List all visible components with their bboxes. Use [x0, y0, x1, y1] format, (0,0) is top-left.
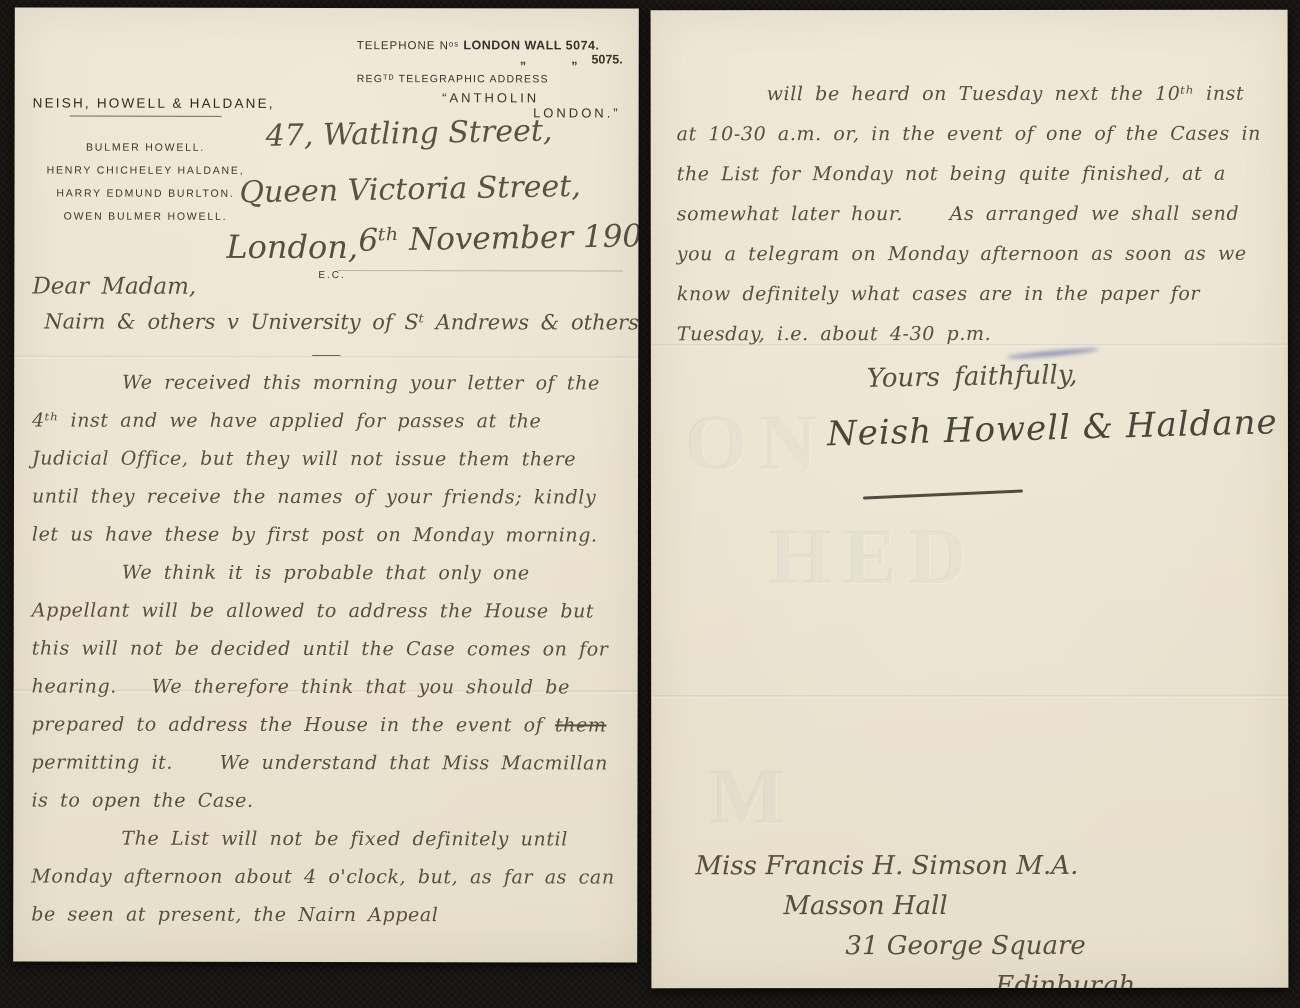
insertion-caret-icon: ^ [600, 722, 639, 760]
recipient-block: Miss Francis H. Simson M.A. Masson Hall … [695, 846, 1135, 988]
paragraph-3: The List will not be fixed definitely un… [31, 819, 627, 934]
district-label: E.C. [318, 270, 345, 281]
firm-name-underline [70, 116, 222, 117]
paragraph-2: We think it is probable that only one Ap… [31, 553, 627, 820]
recipient-line: Miss Francis H. Simson M.A. [695, 846, 1135, 886]
recipient-line: 31 George Square [695, 926, 1135, 966]
telephone-number-2: „ „ 5075. [357, 52, 625, 66]
date-row: London, E.C. 6ᵗʰ November 1908 [226, 228, 622, 277]
date-dotted-line [338, 270, 622, 271]
letter-body-page-1: We received this morning your letter of … [31, 363, 628, 934]
closing: Yours faithfully, [867, 360, 1078, 394]
street-address-line-2: Queen Victoria Street, [221, 159, 600, 222]
street-address-line-1: 47, Watling Street, [220, 103, 599, 166]
city-label: London, [226, 228, 358, 266]
letter-page-1: TELEPHONE Nᵒˢ LONDON WALL 5074. „ „ 5075… [13, 7, 639, 962]
telephone-label: TELEPHONE Nᵒˢ [357, 40, 464, 52]
case-caption-underline [312, 355, 340, 356]
fold-crease [14, 355, 638, 360]
salutation: Dear Madam, [32, 273, 196, 299]
case-caption: Nairn & others v University of Sᵗ Andrew… [44, 310, 618, 335]
telegraphic-address-label: REGᵀᴰ TELEGRAPHIC ADDRESS [357, 73, 625, 85]
letter-body-page-2: will be heard on Tuesday next the 10ᵗʰ i… [677, 74, 1271, 355]
letter-page-2: ON HED M will be heard on Tuesday next t… [651, 10, 1289, 989]
paragraph-4: will be heard on Tuesday next the 10ᵗʰ i… [677, 74, 1271, 355]
photograph-background: TELEPHONE Nᵒˢ LONDON WALL 5074. „ „ 5075… [0, 0, 1300, 1008]
telephone-line: TELEPHONE Nᵒˢ LONDON WALL 5074. [357, 38, 625, 52]
fold-crease [651, 695, 1288, 700]
recipient-line: Edinburgh [695, 966, 1135, 988]
inline-edit: themLords^ [555, 714, 607, 736]
watermark-letters: M [709, 752, 797, 843]
watermark-letters: ON [685, 398, 829, 489]
watermark-letters: HED [769, 512, 978, 603]
signature-underline [863, 489, 1023, 499]
signature: Neish Howell & Haldane . [826, 402, 1288, 455]
handwritten-date: 6ᵗʰ November 1908 [358, 218, 639, 259]
paragraph-2-text: We think it is probable that only one Ap… [32, 562, 621, 737]
paragraph-1: We received this morning your letter of … [32, 363, 628, 554]
firm-name: NEISH, HOWELL & HALDANE, [33, 95, 259, 110]
telephone-number-1: LONDON WALL 5074. [463, 38, 599, 52]
street-address: 47, Watling Street, Queen Victoria Stree… [220, 103, 600, 222]
recipient-line: Masson Hall [695, 886, 1135, 926]
